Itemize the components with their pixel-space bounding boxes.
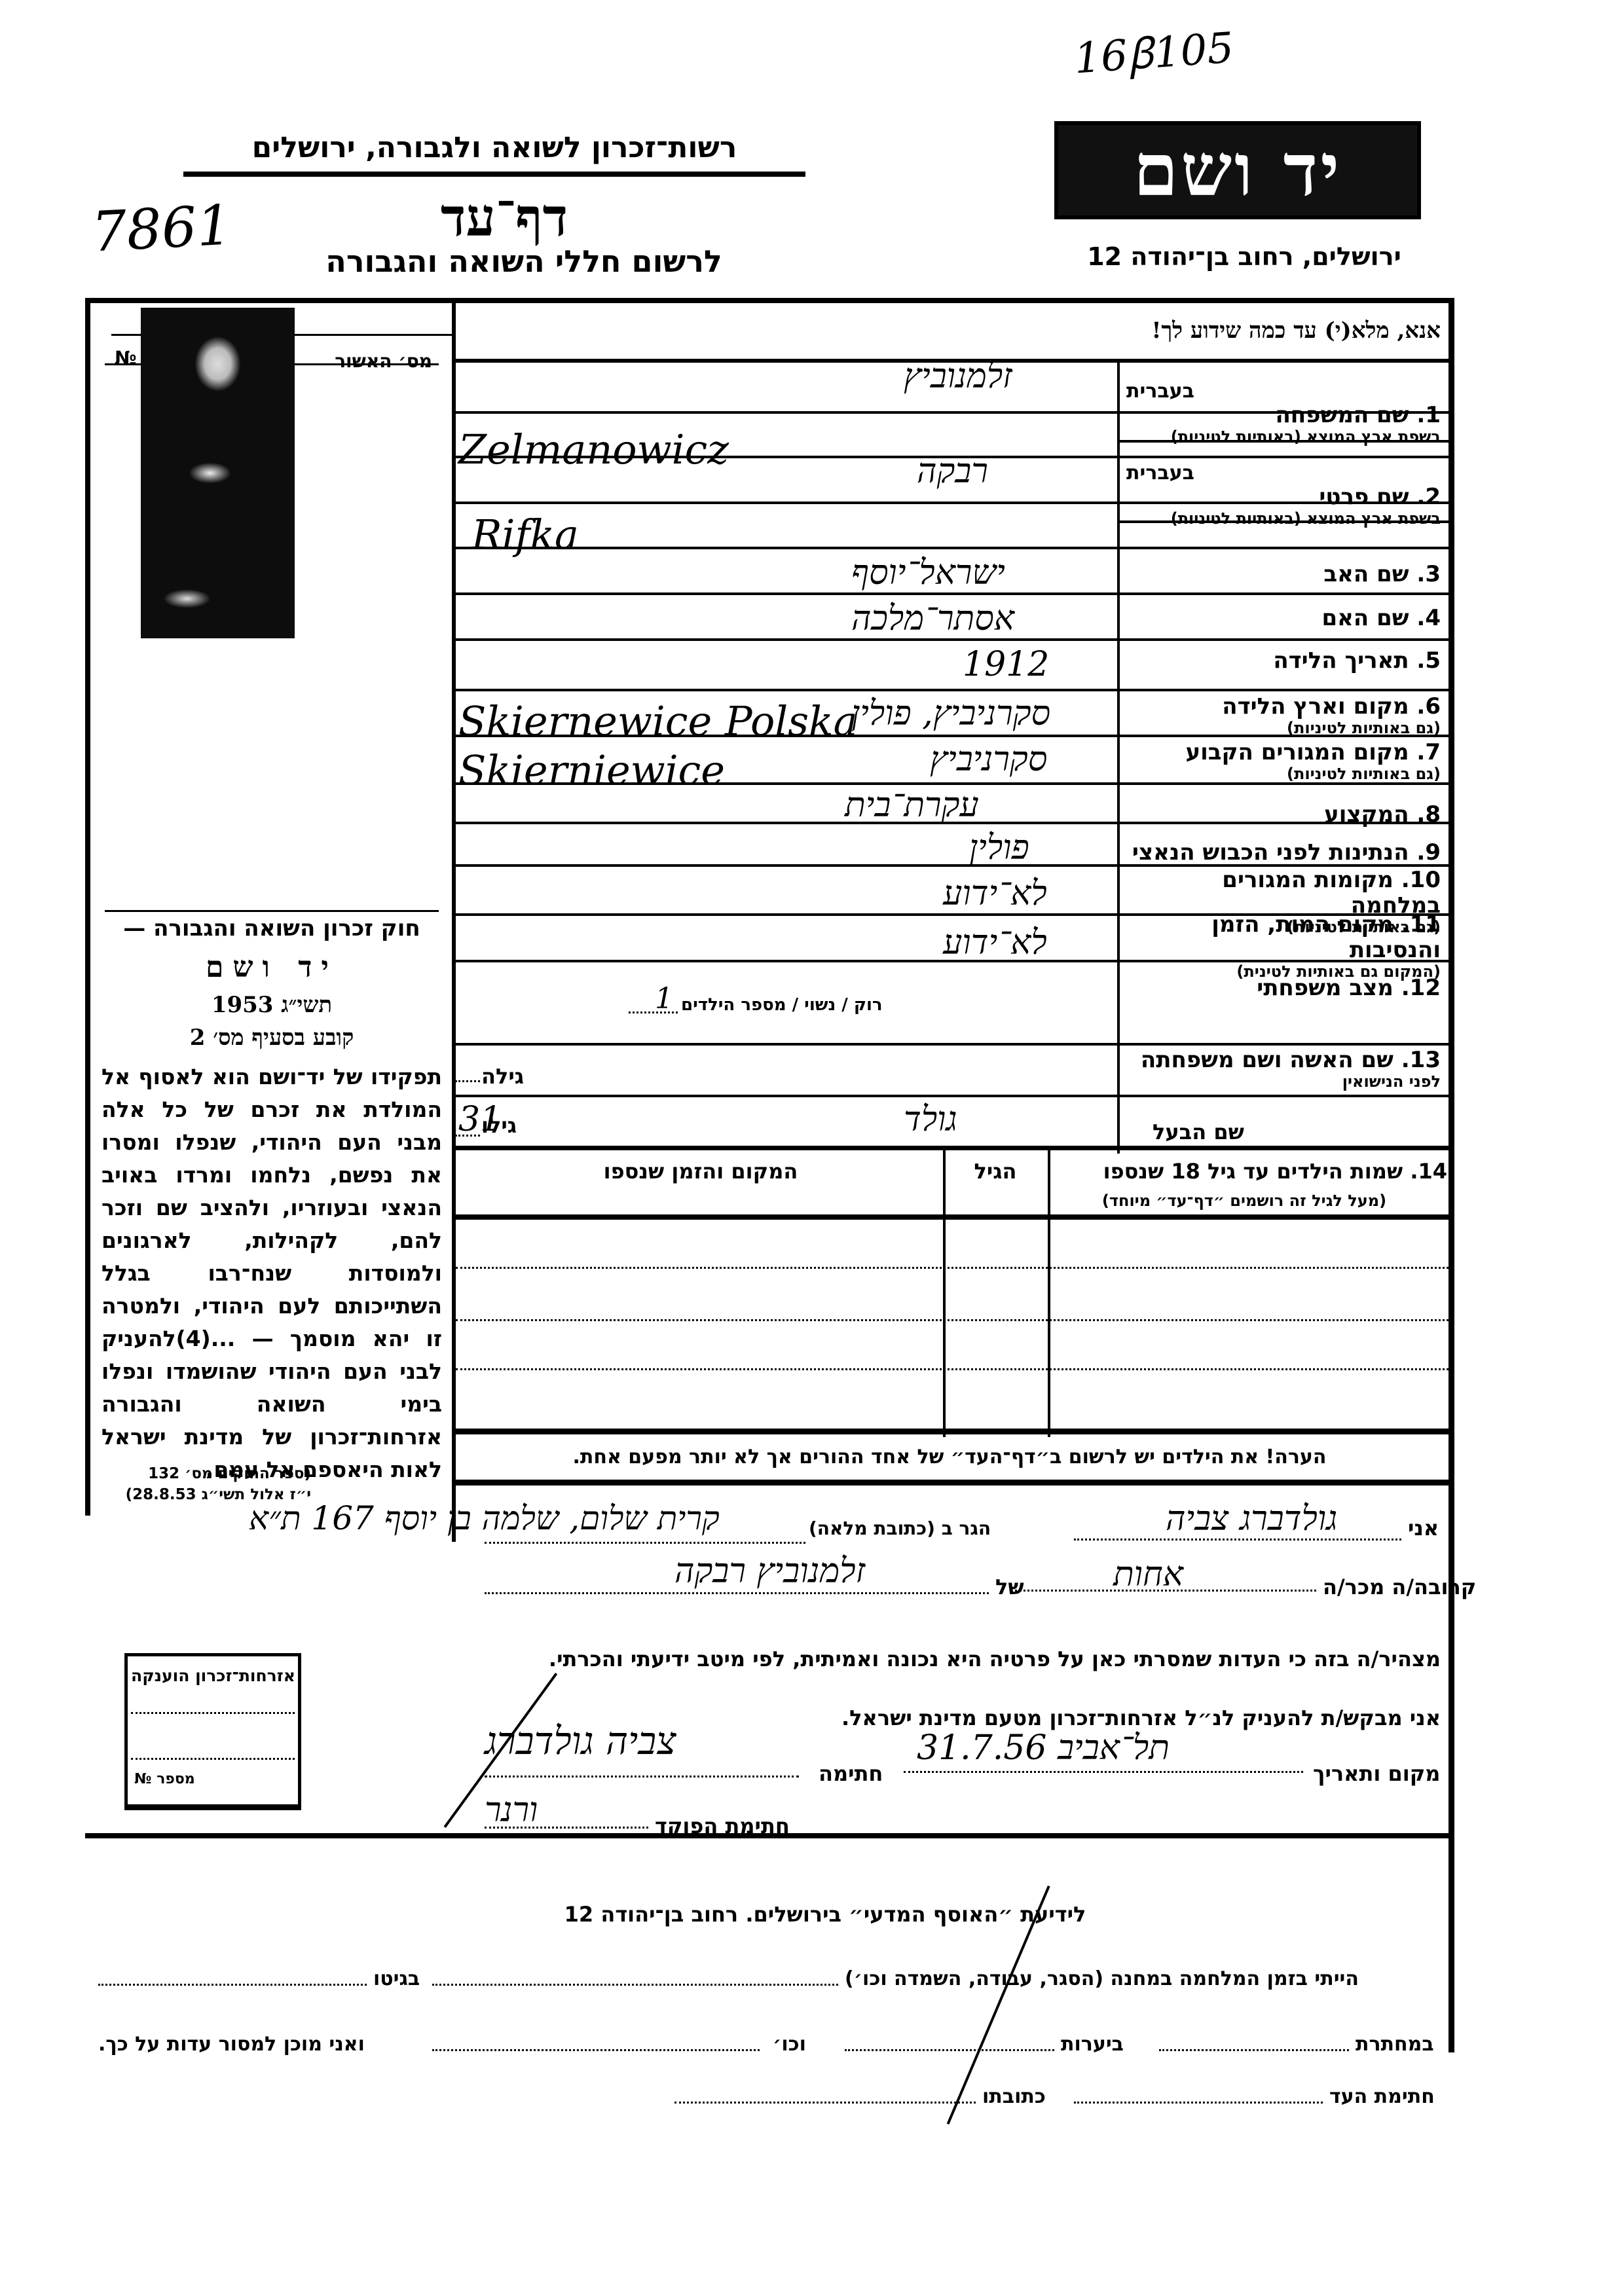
law-logo: יד ושם bbox=[98, 951, 445, 984]
children-table-header-names: 14. שמות הילדים עד גיל 18 שנספו bbox=[1054, 1159, 1447, 1184]
field-1-value-latin[interactable]: Zelmanowicz bbox=[458, 426, 729, 473]
field-11-value[interactable]: לא־ידוע bbox=[943, 923, 1047, 962]
frame-border-left bbox=[85, 298, 90, 1516]
field-13-label: 13. שם האשה ושם משפחתהלפני הנישואין bbox=[1126, 1048, 1441, 1091]
of-name-value[interactable]: זלמנוביץ רבקה bbox=[674, 1552, 865, 1591]
field-8-value[interactable]: עקרת־בית bbox=[845, 786, 979, 825]
field-4-text: שם האם bbox=[1321, 605, 1409, 631]
field-1-sub: בשפת ארץ המוצא (באותיות לטיניות) bbox=[1126, 428, 1441, 446]
children-note: הערה! את הילדים יש לרשום ב״דף־העד״ של אח… bbox=[458, 1446, 1441, 1468]
place-date-label: מקום ותאריך bbox=[1313, 1761, 1440, 1786]
field-6-value-hebrew[interactable]: סקרניביץ, פולין bbox=[851, 694, 1050, 733]
children-table-row[interactable] bbox=[456, 1319, 1449, 1321]
permit-number-label: מס׳ האשור bbox=[301, 350, 432, 372]
officer-signature[interactable]: ורנר bbox=[485, 1791, 538, 1830]
law-year: תשי״ג 1953 bbox=[98, 992, 445, 1018]
residing-label: הגר ב (כתובת מלאה) bbox=[809, 1518, 991, 1539]
forests-label: ביערות bbox=[1061, 2033, 1124, 2056]
affirmation-text: מצהיר/ה בזה כי העדות שמסרתי כאן על פרטיה… bbox=[471, 1647, 1441, 1671]
logo-text: יד ושם bbox=[1134, 134, 1342, 206]
request-text: אני מבקש/ת להעניק לנ״ל אזרחות־זכרון מטעם… bbox=[753, 1705, 1441, 1730]
field-6-num: 6. bbox=[1416, 693, 1441, 720]
ghetto-label: בגיטו bbox=[373, 1967, 420, 1990]
camp-line[interactable] bbox=[432, 1984, 838, 1986]
number-sign: № bbox=[115, 347, 137, 369]
field-4-num: 4. bbox=[1416, 605, 1441, 631]
witness-address[interactable]: קרית שלום, שלמה בן יוסף 167 ת״א bbox=[249, 1499, 720, 1537]
field-1-value-hebrew[interactable]: זלמנוביץ bbox=[904, 357, 1012, 396]
children-table-header-age: הגיל bbox=[956, 1159, 1035, 1184]
field-10-num: 10. bbox=[1401, 867, 1441, 893]
field-11-label: 11. מקום המות, הזמן והנסיבות(המקום גם בא… bbox=[1126, 912, 1441, 981]
etc-label: וכו׳ bbox=[773, 2033, 806, 2056]
children-table-header-rule bbox=[456, 1214, 1449, 1220]
witness-signature-line[interactable] bbox=[1074, 2102, 1323, 2104]
field-3-label: 3. שם האב bbox=[1126, 562, 1441, 587]
row-divider bbox=[456, 960, 1449, 962]
page-title: דף־עד bbox=[367, 187, 642, 249]
field-6-text: מקום וארץ הלידה bbox=[1222, 693, 1409, 720]
stamp-line bbox=[131, 1758, 295, 1760]
underground-line[interactable] bbox=[1159, 2049, 1349, 2051]
officer-signature-line bbox=[485, 1827, 648, 1829]
row-divider bbox=[456, 735, 1449, 737]
of-name-line bbox=[485, 1592, 989, 1594]
law-text: תפקידו של יד־ושם הוא לאסוף אל המולדת את … bbox=[101, 1061, 442, 1486]
field-7-sub: (גם באותיות לטיניות) bbox=[1126, 765, 1441, 784]
field-3-value[interactable]: ישראל־יוסף bbox=[851, 553, 1005, 592]
field-6-label: 6. מקום וארץ הלידה(גם באותיות לטיניות) bbox=[1126, 694, 1441, 738]
of-label: של bbox=[995, 1575, 1024, 1599]
field-14-text: שמות הילדים עד גיל 18 שנספו bbox=[1103, 1159, 1403, 1184]
wife-age-label: גילה bbox=[481, 1064, 524, 1089]
row-divider bbox=[456, 501, 1449, 504]
field-6-value-latin[interactable]: Skiernewice Polska bbox=[458, 697, 858, 745]
label-divider bbox=[1120, 440, 1449, 443]
children-table-col-divider bbox=[1048, 1149, 1050, 1437]
husband-name-label: שם הבעל bbox=[1153, 1120, 1244, 1144]
witness-signature-label: חתימת העד bbox=[1329, 2085, 1435, 2108]
children-table-header-place: המקום והזמן שנספו bbox=[458, 1159, 943, 1184]
frame-border-right bbox=[1449, 298, 1454, 2052]
witness-address-label: כתובתו bbox=[982, 2085, 1046, 2108]
field-2-hebrew-tag: בעברית bbox=[1126, 462, 1194, 484]
field-7-label: 7. מקום המגורים הקבוע(גם באותיות לטיניות… bbox=[1126, 740, 1441, 784]
bottom-section-rule bbox=[85, 1833, 1454, 1838]
children-table-header-sub: (מעל לגיל זה רושמים ״דף־עד״ מיוחד) bbox=[1054, 1192, 1434, 1210]
stamp-number-label: № מספר bbox=[134, 1771, 195, 1787]
children-table-row[interactable] bbox=[456, 1368, 1449, 1370]
frame-border-top bbox=[85, 298, 1454, 303]
label-column-divider bbox=[1117, 361, 1120, 1154]
children-table-bottom-rule bbox=[456, 1429, 1449, 1434]
authority-name: רשות־זכרון לשואה ולגבורה, ירושלים bbox=[183, 131, 805, 164]
citation-line-1: (ספר החוקים מס׳ 132 bbox=[101, 1463, 311, 1484]
field-1-num: 1. bbox=[1416, 402, 1441, 428]
field-5-num: 5. bbox=[1416, 647, 1441, 674]
field-3-text: שם האב bbox=[1323, 561, 1409, 587]
witness-name-line bbox=[1074, 1539, 1401, 1540]
title-underline bbox=[183, 172, 805, 177]
signature-line bbox=[485, 1776, 799, 1777]
law-title: חוק זכרון השואה והגבורה — bbox=[98, 915, 445, 941]
field-12-options: רוק / נשוי / מספר הילדים bbox=[681, 995, 883, 1015]
field-9-text: הנתינות לפני הכבוש הנאצי bbox=[1132, 839, 1409, 866]
field-2-num: 2. bbox=[1416, 484, 1441, 510]
field-9-num: 9. bbox=[1416, 839, 1441, 866]
field-12-label: 12. מצב משפחתי bbox=[1126, 975, 1441, 1001]
note-bottom-rule bbox=[456, 1480, 1449, 1485]
children-table-top-rule bbox=[456, 1146, 1449, 1150]
field-2-text: שם פרטי bbox=[1319, 484, 1409, 510]
field-1-text: שם המשפחה bbox=[1275, 402, 1409, 428]
underground-label: במחתרת bbox=[1356, 2033, 1434, 2056]
row-divider bbox=[456, 547, 1449, 549]
row-divider bbox=[456, 638, 1449, 641]
field-7-num: 7. bbox=[1416, 739, 1441, 765]
forests-line[interactable] bbox=[845, 2049, 1054, 2051]
address-line bbox=[485, 1542, 805, 1544]
field-2-value-hebrew[interactable]: רבקה bbox=[917, 452, 988, 491]
field-14-num: 14. bbox=[1410, 1159, 1447, 1184]
signature-label: חתימה bbox=[819, 1761, 883, 1786]
wife-age-line[interactable] bbox=[455, 1080, 480, 1082]
row-divider bbox=[456, 411, 1449, 414]
field-12-num: 12. bbox=[1401, 975, 1441, 1001]
field-7-value-hebrew[interactable]: סקרניביץ bbox=[930, 740, 1047, 779]
field-5-value[interactable]: 1912 bbox=[963, 645, 1049, 684]
field-10-value[interactable]: לא־ידוע bbox=[943, 874, 1047, 913]
relation-label: קרובה/ה מכר/ה bbox=[1323, 1575, 1476, 1599]
relation-value[interactable]: אחות bbox=[1113, 1555, 1183, 1594]
husband-age-line bbox=[455, 1135, 480, 1137]
field-5-text: תאריך הלידה bbox=[1273, 647, 1409, 674]
field-4-label: 4. שם האם bbox=[1126, 606, 1441, 631]
field-1-hebrew-tag: בעברית bbox=[1126, 380, 1194, 403]
photo-bottom-line bbox=[105, 910, 439, 912]
field-5-label: 5. תאריך הלידה bbox=[1126, 648, 1441, 674]
field-13-text: שם האשה ושם משפחתה bbox=[1141, 1047, 1393, 1073]
ghetto-line[interactable] bbox=[98, 1984, 367, 1986]
victim-portrait-photo bbox=[141, 308, 295, 638]
etc-line[interactable] bbox=[432, 2049, 760, 2051]
row-divider bbox=[456, 1043, 1449, 1046]
field-11-num: 11. bbox=[1401, 911, 1441, 938]
label-divider bbox=[1120, 520, 1449, 523]
wartime-camp-text: הייתי בזמן המלחמה במחנה (הסגר, עבודה, הש… bbox=[845, 1967, 1359, 1990]
children-table-row[interactable] bbox=[456, 1267, 1449, 1269]
law-section: קובע בסעיף מס׳ 2 bbox=[98, 1025, 445, 1051]
field-13-num: 13. bbox=[1401, 1047, 1441, 1073]
children-count-line bbox=[629, 1011, 678, 1013]
handwritten-record-id: 7861 bbox=[90, 192, 234, 264]
place-date-value[interactable]: תל־אביב 31.7.56 bbox=[917, 1728, 1170, 1768]
yad-vashem-logo: יד ושם bbox=[1054, 121, 1421, 219]
field-3-num: 3. bbox=[1416, 561, 1441, 587]
field-13-sub: לפני הנישואין bbox=[1126, 1073, 1441, 1091]
stamp-line bbox=[131, 1712, 295, 1714]
row-divider bbox=[456, 782, 1449, 785]
husband-age-value[interactable]: 31 bbox=[458, 1100, 502, 1139]
ready-to-testify-text: ואני מוכן למסור עדות על כך. bbox=[98, 2033, 365, 2056]
field-2-sub: בשפת ארץ המוצא (באותיות לטיניות) bbox=[1126, 510, 1441, 528]
field-2-value-latin[interactable]: Rifka bbox=[471, 511, 579, 558]
field-12-children-count[interactable]: 1 bbox=[655, 982, 673, 1015]
place-date-line bbox=[904, 1771, 1303, 1773]
children-table-col-divider bbox=[943, 1149, 946, 1437]
field-9-label: 9. הנתינות לפני הכבוש הנאצי bbox=[1126, 840, 1441, 866]
row-divider bbox=[456, 592, 1449, 595]
husband-name-value[interactable]: גולד bbox=[904, 1100, 957, 1139]
row-divider bbox=[456, 822, 1449, 824]
archive-notice-header: לידיעת ״האוסף המדעי״ בירושלים. רחוב בן־י… bbox=[498, 1902, 1153, 1927]
field-9-value[interactable]: פולין bbox=[969, 828, 1029, 867]
field-4-value[interactable]: אסתר־מלכה bbox=[851, 599, 1014, 638]
witness-address-line[interactable] bbox=[674, 2102, 976, 2104]
relation-line bbox=[1015, 1590, 1316, 1592]
institution-address: ירושלים, רחוב בן־יהודה 12 bbox=[1061, 242, 1428, 271]
field-12-text: מצב משפחתי bbox=[1257, 975, 1393, 1001]
witness-signature[interactable]: צביה גולדברג bbox=[485, 1719, 676, 1763]
sidebar-divider bbox=[452, 298, 456, 1542]
witness-name[interactable]: גולדברג צביה bbox=[1166, 1499, 1337, 1539]
page-subtitle: לרשום חללי השואה והגבורה bbox=[255, 244, 792, 279]
field-7-value-latin[interactable]: Skierniewice bbox=[458, 746, 725, 794]
field-7-text: מקום המגורים הקבוע bbox=[1185, 739, 1409, 765]
archive-reference-number: 16ꞵ105 bbox=[1072, 18, 1235, 86]
row-divider bbox=[456, 1095, 1449, 1097]
row-divider bbox=[456, 689, 1449, 691]
declaration-i-label: אני bbox=[1408, 1516, 1439, 1540]
memorial-citizenship-title: אזרחות־זכרון הוענקה bbox=[130, 1666, 297, 1685]
fill-instruction: אנא, מלא(י) עד כמה שידוע לך! bbox=[1126, 318, 1441, 344]
